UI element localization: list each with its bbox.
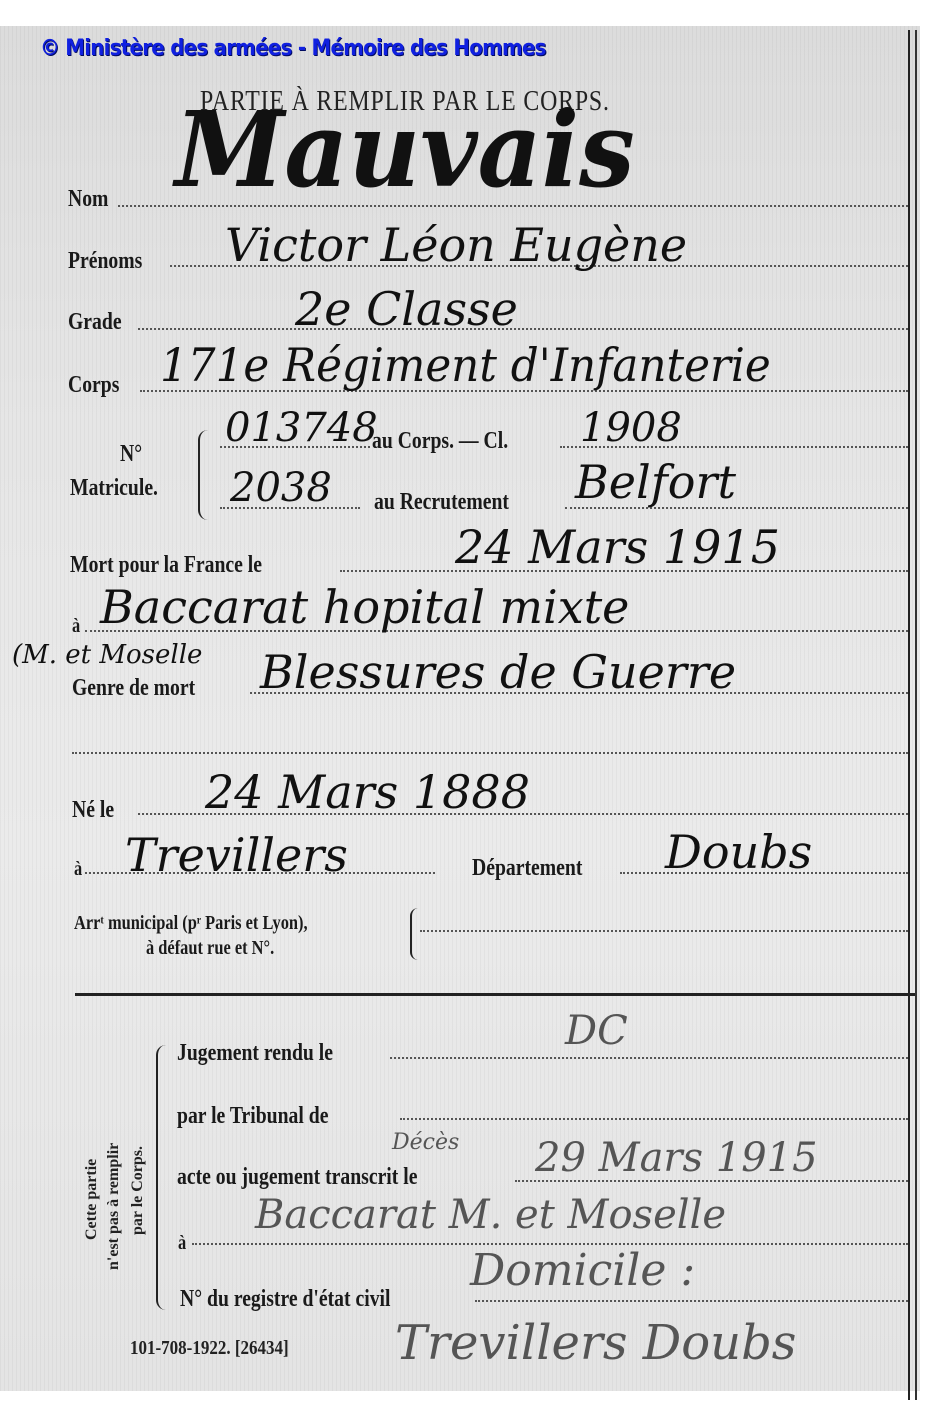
tribunal-label: par le Tribunal de [177,1103,328,1130]
nom-label: Nom [68,186,108,213]
corps-label: Corps [68,372,119,399]
footer-handwritten: Trevillers Doubs [395,1315,796,1371]
departement-label: Département [472,855,582,882]
transcrit-value: 29 Mars 1915 [535,1135,818,1181]
ne-le-label: Né le [72,797,114,824]
jugement-annotation: DC [565,1008,628,1054]
recrutement-place-value: Belfort [575,455,736,509]
lieu-naissance-value: Trevillers [125,828,348,882]
blank-line [72,752,908,754]
corps-number-value: 013748 [225,405,378,451]
classe-value: 1908 [580,405,682,451]
card-border-line [915,30,917,1400]
side-note-3: par le Corps. [128,1146,148,1235]
tribunal-line [400,1118,908,1120]
arrondissement-line [420,930,908,932]
margin-note: (M. et Moselle [12,640,202,670]
jugement-label: Jugement rendu le [177,1040,333,1067]
arrondissement-label-1: Arrᵗ municipal (pʳ Paris et Lyon), [74,912,308,935]
lieu-naissance-label: à [74,858,82,881]
departement-value: Doubs [665,825,812,879]
matricule-no-label: N° [120,441,142,468]
grade-value: 2e Classe [295,282,518,336]
jugement-line [390,1057,908,1059]
arrondissement-brace [410,908,418,960]
mort-value: 24 Mars 1915 [455,520,780,574]
corps-value: 171e Régiment d'Infanterie [160,338,771,392]
prenoms-value: Victor Léon Eugène [225,218,687,272]
section-divider [75,993,915,996]
transcrit-label: acte ou jugement transcrit le [177,1164,417,1191]
genre-mort-value: Blessures de Guerre [260,645,736,699]
card-border-line [908,30,910,1400]
lieu-mort-value: Baccarat hopital mixte [100,580,629,634]
corps-class-label: au Corps. — Cl. [372,428,508,455]
registre-value: Domicile : [470,1245,695,1296]
copyright-watermark: © Ministère des armées - Mémoire des Hom… [40,36,546,61]
mort-label: Mort pour la France le [70,552,262,579]
genre-mort-label: Genre de mort [72,675,195,702]
lieu-mort-label: à [72,615,80,638]
side-note-1: Cette partie [82,1159,102,1240]
transcrit-annotation: Décès [392,1130,459,1155]
matricule-brace [198,430,208,520]
nom-value: Mauvais [175,88,635,211]
arrondissement-label-2: à défaut rue et N°. [146,937,274,960]
side-note-2: n'est pas à remplir [104,1143,124,1270]
transcrit-lieu-label: à [178,1232,186,1255]
grade-line [138,328,908,330]
prenoms-label: Prénoms [68,248,142,275]
civil-section-brace [156,1045,166,1310]
transcrit-lieu-value: Baccarat M. et Moselle [255,1192,726,1238]
matricule-label: Matricule. [70,475,158,502]
print-code: 101-708-1922. [26434] [130,1337,289,1360]
grade-label: Grade [68,309,122,336]
recrutement-label: au Recrutement [374,489,509,516]
ne-le-value: 24 Mars 1888 [205,765,530,819]
registre-line [475,1300,908,1302]
registre-label: N° du registre d'état civil [180,1286,390,1313]
recrutement-number-value: 2038 [230,465,332,511]
